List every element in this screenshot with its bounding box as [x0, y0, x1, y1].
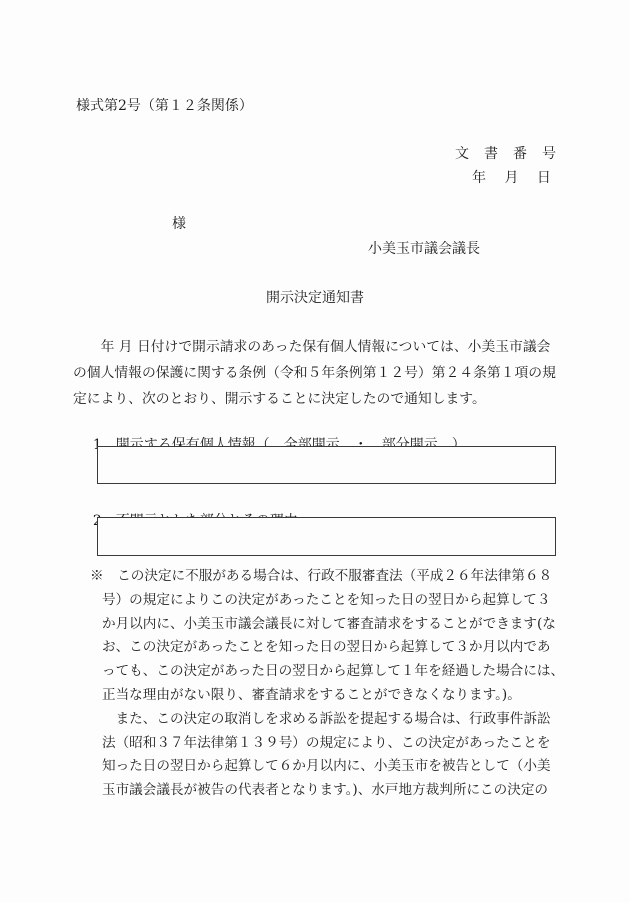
note-line: 知った日の翌日から起算して６か月以内に、小美玉市を被告として（小美 — [102, 755, 577, 779]
item-1-field-box — [97, 446, 556, 484]
document-number-label: 文 書 番 号 — [455, 147, 557, 162]
item-2-field-box — [97, 517, 556, 556]
sender-title: 小美玉市議会議長 — [368, 242, 480, 257]
appeal-note: ※ この決定に不服がある場合は、行政不服審査法（平成２６年法律第６８ 号）の規定… — [102, 565, 577, 803]
body-paragraph: 年 月 日付けで開示請求のあった保有個人情報については、小美玉市議会 の個人情報… — [73, 334, 565, 412]
body-line: の個人情報の保護に関する条例（令和５年条例第１２号）第２４条第１項の規 — [73, 360, 565, 386]
note-line: 正当な理由がない限り、審査請求をすることができなくなります。)。 — [102, 684, 577, 708]
addressee-honorific: 様 — [172, 217, 186, 232]
date-placeholder: 年 月 日 — [472, 171, 551, 186]
note-line: っても、この決定があった日の翌日から起算して１年を経過した場合には、 — [102, 660, 577, 684]
note-line: 法（昭和３７年法律第１３９号）の規定により、この決定があったことを — [102, 732, 577, 756]
note-line: ※ この決定に不服がある場合は、行政不服審査法（平成２６年法律第６８ — [102, 565, 577, 589]
form-number: 様式第2号（第１２条関係） — [76, 99, 253, 114]
note-line: 玉市議会議長が被告の代表者となります。)、水戸地方裁判所にこの決定の — [102, 779, 577, 803]
note-line: お、この決定があったことを知った日の翌日から起算して３か月以内であ — [102, 636, 577, 660]
note-line: か月以内に、小美玉市議会議長に対して審査請求をすることができます(な — [102, 613, 577, 637]
body-line: 定により、次のとおり、開示することに決定したので通知します。 — [73, 386, 565, 412]
document-title: 開示決定通知書 — [0, 291, 630, 306]
body-line: 年 月 日付けで開示請求のあった保有個人情報については、小美玉市議会 — [73, 334, 565, 360]
note-line: 号）の規定によりこの決定があったことを知った日の翌日から起算して３ — [102, 589, 577, 613]
document-page: 様式第2号（第１２条関係） 文 書 番 号 年 月 日 様 小美玉市議会議長 開… — [0, 0, 630, 903]
note-line: また、この決定の取消しを求める訴訟を提起する場合は、行政事件訴訟 — [102, 708, 577, 732]
